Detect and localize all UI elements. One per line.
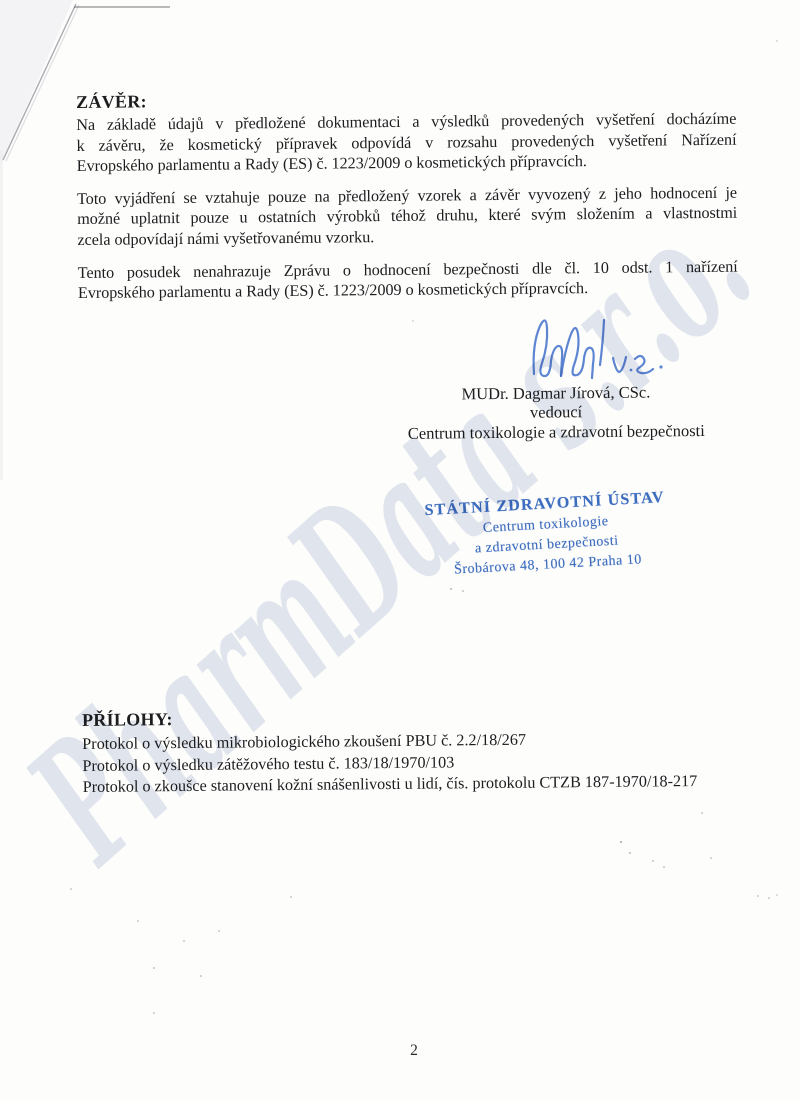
official-stamp: STÁTNÍ ZDRAVOTNÍ ÚSTAV Centrum toxikolog… bbox=[354, 483, 738, 586]
scan-speck bbox=[450, 588, 452, 590]
scan-speck bbox=[153, 1012, 155, 1014]
scan-speck bbox=[620, 841, 622, 843]
scan-speck bbox=[183, 940, 185, 942]
scan-speck bbox=[710, 857, 712, 859]
document-content: ZÁVĚR: Na základě údajů v předložené dok… bbox=[75, 0, 743, 798]
scan-speck bbox=[200, 975, 202, 977]
scan-speck bbox=[663, 866, 665, 868]
scan-speck bbox=[652, 860, 654, 862]
scan-speck bbox=[768, 897, 770, 899]
attachments-heading: PŘÍLOHY: bbox=[82, 704, 742, 731]
scan-speck bbox=[757, 895, 759, 897]
scan-speck bbox=[218, 930, 220, 932]
signature-ink bbox=[520, 302, 680, 394]
scan-speck bbox=[153, 967, 155, 969]
conclusion-paragraph-3: Tento posudek nenahrazuje Zprávu o hodno… bbox=[78, 256, 738, 304]
conclusion-paragraph-2: Toto vyjádření se vztahuje pouze na před… bbox=[77, 182, 738, 250]
page-number: 2 bbox=[399, 1042, 429, 1060]
scan-speck bbox=[701, 812, 703, 814]
scan-speck bbox=[137, 920, 139, 922]
scan-speck bbox=[629, 852, 631, 854]
scan-speck bbox=[290, 896, 292, 898]
scan-speck bbox=[776, 894, 778, 896]
signatory-organization: Centrum toxikologie a zdravotní bezpečno… bbox=[376, 420, 736, 443]
attachments-section: PŘÍLOHY: Protokol o výsledku mikrobiolog… bbox=[82, 704, 743, 798]
scan-speck bbox=[70, 888, 72, 890]
scan-speck bbox=[776, 40, 778, 42]
conclusion-paragraph-1: Na základě údajů v předložené dokumentac… bbox=[76, 109, 737, 177]
scan-speck bbox=[412, 320, 414, 322]
scanned-document-page: ZÁVĚR: Na základě údajů v předložené dok… bbox=[0, 0, 800, 1100]
scan-speck bbox=[462, 590, 464, 592]
